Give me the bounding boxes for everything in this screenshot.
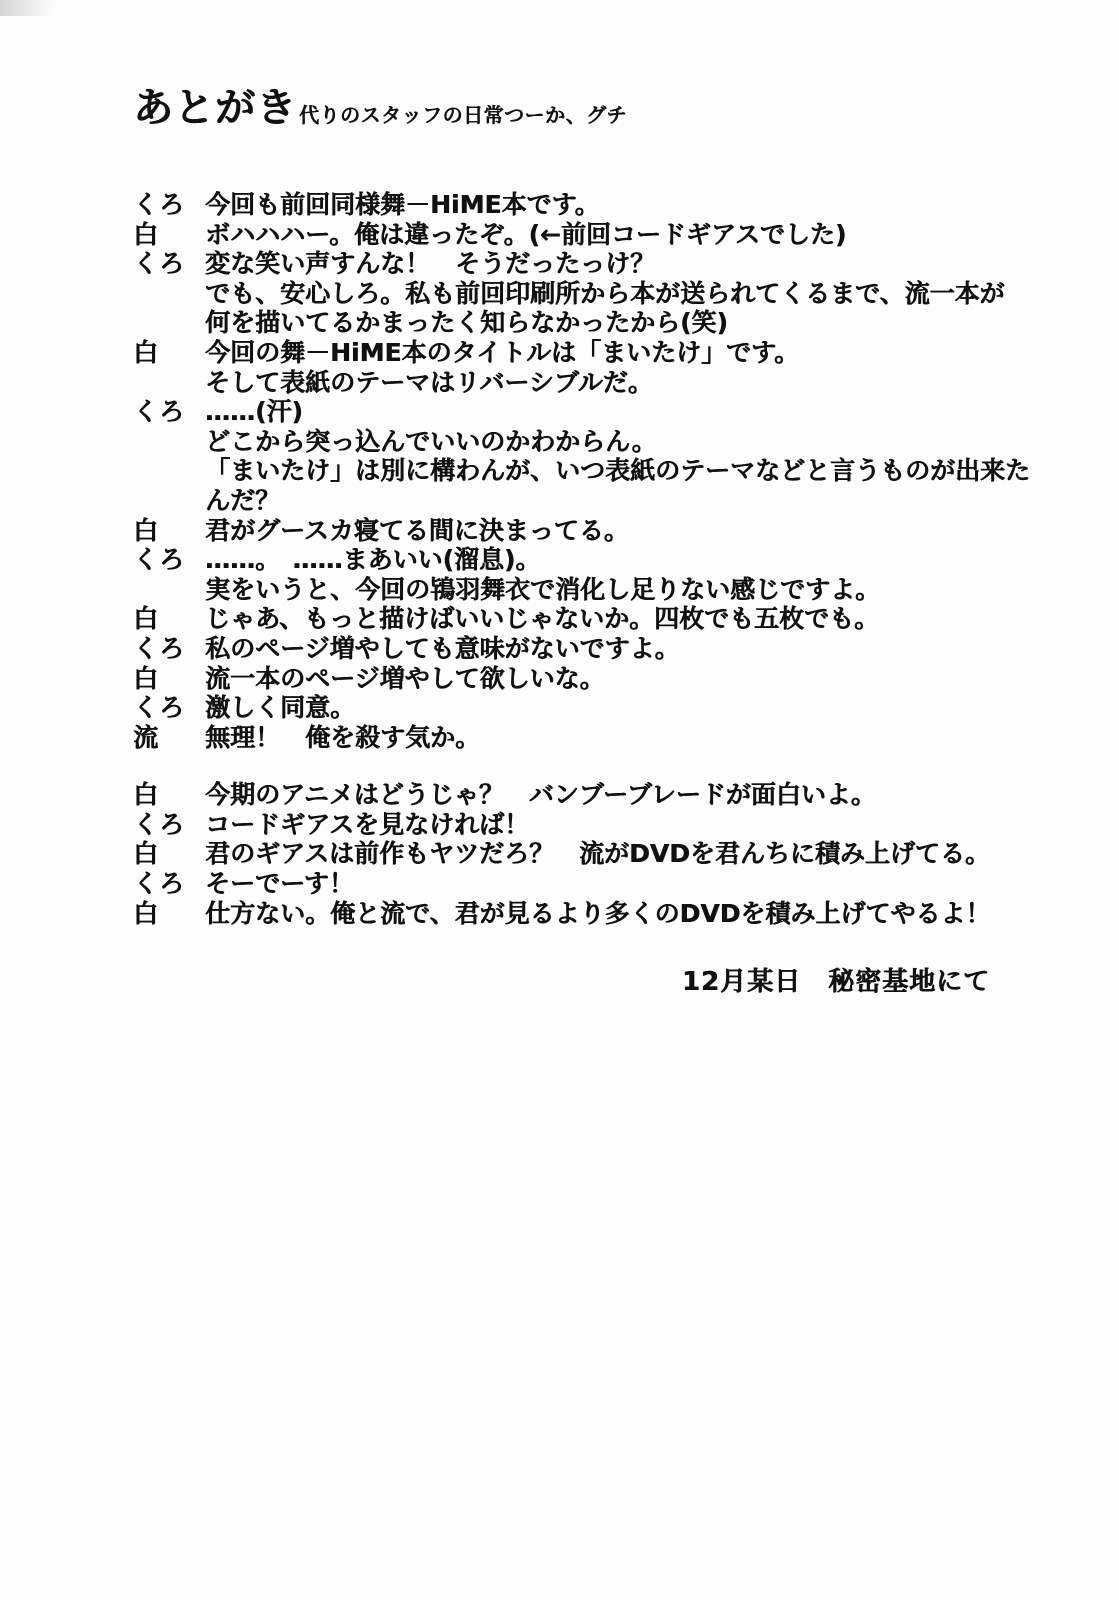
speaker-label: 白: [133, 780, 205, 810]
dialogue-line: 仕方ない。俺と流で、君が見るより多くのDVDを積み上げてやるよ！: [205, 899, 1093, 929]
dialogue-line: そーでーす！: [205, 869, 1093, 899]
afterword-page: あとがき 代りのスタッフの日常つーか、グチ くろ 今回も前回同様舞－HiME本で…: [0, 0, 1119, 1600]
dialogue-line: 君がグースカ寝てる間に決まってる。: [205, 516, 1093, 546]
dialogue-entry: くろ ……。 ……まあいい(溜息)。実をいうと、今回の鴇羽舞衣で消化し足りない感…: [133, 545, 1093, 604]
dialogue-line: 無理！ 俺を殺す気か。: [205, 723, 1093, 753]
dialogue-line: どこから突っ込んでいいのかわからん。: [205, 427, 1093, 457]
dialogue-lines: 君がグースカ寝てる間に決まってる。: [205, 516, 1093, 546]
dialogue-line: でも、安心しろ。私も前回印刷所から本が送られてくるまで、流一本が: [205, 279, 1093, 309]
dialogue-line: コードギアスを見なければ！: [205, 810, 1093, 840]
speaker-label: くろ: [133, 190, 205, 220]
dialogue-entry: くろ そーでーす！: [133, 869, 1093, 899]
dialogue-line: そして表紙のテーマはリバーシブルだ。: [205, 368, 1093, 398]
dialogue-entry: くろ ……(汗)どこから突っ込んでいいのかわからん。「まいたけ」は別に構わんが、…: [133, 397, 1093, 515]
dialogue-entry: くろ コードギアスを見なければ！: [133, 810, 1093, 840]
speaker-label: 流: [133, 723, 205, 753]
scan-artifact: [0, 0, 58, 16]
dialogue-line: 「まいたけ」は別に構わんが、いつ表紙のテーマなどと言うものが出来た: [205, 456, 1093, 486]
dialogue-entry: 白 今期のアニメはどうじゃ？ バンブーブレードが面白いよ。: [133, 780, 1093, 810]
dialogue-entry: 白 君のギアスは前作もヤツだろ？ 流がDVDを君んちに積み上げてる。: [133, 839, 1093, 869]
speaker-label: くろ: [133, 249, 205, 279]
dialogue-lines: ……。 ……まあいい(溜息)。実をいうと、今回の鴇羽舞衣で消化し足りない感じです…: [205, 545, 1093, 604]
dialogue-lines: じゃあ、もっと描けばいいじゃないか。四枚でも五枚でも。: [205, 604, 1093, 634]
dialogue-line: ……(汗): [205, 397, 1093, 427]
dialogue-line: 今回の舞－HiME本のタイトルは「まいたけ」です。: [205, 338, 1093, 368]
dialogue-entry: 白 流一本のページ増やして欲しいな。: [133, 664, 1093, 694]
dialogue-entry: くろ 激しく同意。: [133, 693, 1093, 723]
dialogue-lines: ボハハハー。俺は違ったぞ。(←前回コードギアスでした): [205, 220, 1093, 250]
speaker-label: 白: [133, 338, 205, 368]
dialogue-line: じゃあ、もっと描けばいいじゃないか。四枚でも五枚でも。: [205, 604, 1093, 634]
dialogue-lines: 私のページ増やしても意味がないですよ。: [205, 634, 1093, 664]
dialogue-line: 私のページ増やしても意味がないですよ。: [205, 634, 1093, 664]
speaker-label: くろ: [133, 397, 205, 427]
dialogue-line: んだ？: [205, 486, 1093, 516]
speaker-label: 白: [133, 604, 205, 634]
dialogue-entry: くろ 今回も前回同様舞－HiME本です。: [133, 190, 1093, 220]
dialogue-entry: 流 無理！ 俺を殺す気か。: [133, 723, 1093, 753]
date-line: 12月某日 秘密基地にて: [682, 961, 990, 998]
dialogue-entry: 白 ボハハハー。俺は違ったぞ。(←前回コードギアスでした): [133, 220, 1093, 250]
speaker-label: くろ: [133, 869, 205, 899]
dialogue-entry: 白 仕方ない。俺と流で、君が見るより多くのDVDを積み上げてやるよ！: [133, 899, 1093, 929]
dialogue-lines: 無理！ 俺を殺す気か。: [205, 723, 1093, 753]
dialogue-line: 今期のアニメはどうじゃ？ バンブーブレードが面白いよ。: [205, 780, 1093, 810]
dialogue-line: 変な笑い声すんな！ そうだったっけ？: [205, 249, 1093, 279]
speaker-label: 白: [133, 899, 205, 929]
dialogue-lines: 激しく同意。: [205, 693, 1093, 723]
dialogue-lines: 今回も前回同様舞－HiME本です。: [205, 190, 1093, 220]
dialogue-line: 何を描いてるかまったく知らなかったから(笑): [205, 308, 1093, 338]
dialogue-lines: 君のギアスは前作もヤツだろ？ 流がDVDを君んちに積み上げてる。: [205, 839, 1093, 869]
dialogue-entry: 白 君がグースカ寝てる間に決まってる。: [133, 516, 1093, 546]
dialogue-entry: 白 今回の舞－HiME本のタイトルは「まいたけ」です。そして表紙のテーマはリバー…: [133, 338, 1093, 397]
speaker-label: くろ: [133, 810, 205, 840]
dialogue-entry: くろ 変な笑い声すんな！ そうだったっけ？でも、安心しろ。私も前回印刷所から本が…: [133, 249, 1093, 338]
dialogue-lines: そーでーす！: [205, 869, 1093, 899]
page-subtitle: 代りのスタッフの日常つーか、グチ: [299, 105, 627, 128]
dialogue-line: ……。 ……まあいい(溜息)。: [205, 545, 1093, 575]
dialogue-line: 流一本のページ増やして欲しいな。: [205, 664, 1093, 694]
dialogue-lines: ……(汗)どこから突っ込んでいいのかわからん。「まいたけ」は別に構わんが、いつ表…: [205, 397, 1093, 515]
dialogue-lines: コードギアスを見なければ！: [205, 810, 1093, 840]
dialogue-lines: 変な笑い声すんな！ そうだったっけ？でも、安心しろ。私も前回印刷所から本が送られ…: [205, 249, 1093, 338]
dialogue-lines: 仕方ない。俺と流で、君が見るより多くのDVDを積み上げてやるよ！: [205, 899, 1093, 929]
dialogue-lines: 流一本のページ増やして欲しいな。: [205, 664, 1093, 694]
dialogue-line: 激しく同意。: [205, 693, 1093, 723]
speaker-label: 白: [133, 516, 205, 546]
speaker-label: 白: [133, 664, 205, 694]
dialogue-line: 実をいうと、今回の鴇羽舞衣で消化し足りない感じですよ。: [205, 575, 1093, 605]
dialogue-entry: くろ 私のページ増やしても意味がないですよ。: [133, 634, 1093, 664]
page-title: あとがき: [133, 88, 297, 128]
dialogue: くろ 今回も前回同様舞－HiME本です。 白 ボハハハー。俺は違ったぞ。(←前回…: [133, 190, 1093, 928]
dialogue-line: 今回も前回同様舞－HiME本です。: [205, 190, 1093, 220]
dialogue-entry: 白 じゃあ、もっと描けばいいじゃないか。四枚でも五枚でも。: [133, 604, 1093, 634]
speaker-label: くろ: [133, 634, 205, 664]
speaker-label: くろ: [133, 545, 205, 575]
speaker-label: くろ: [133, 693, 205, 723]
dialogue-line: 君のギアスは前作もヤツだろ？ 流がDVDを君んちに積み上げてる。: [205, 839, 1093, 869]
dialogue-lines: 今回の舞－HiME本のタイトルは「まいたけ」です。そして表紙のテーマはリバーシブ…: [205, 338, 1093, 397]
speaker-label: 白: [133, 839, 205, 869]
dialogue-line: ボハハハー。俺は違ったぞ。(←前回コードギアスでした): [205, 220, 1093, 250]
page-title-row: あとがき 代りのスタッフの日常つーか、グチ: [133, 88, 627, 128]
speaker-label: 白: [133, 220, 205, 250]
dialogue-lines: 今期のアニメはどうじゃ？ バンブーブレードが面白いよ。: [205, 780, 1093, 810]
